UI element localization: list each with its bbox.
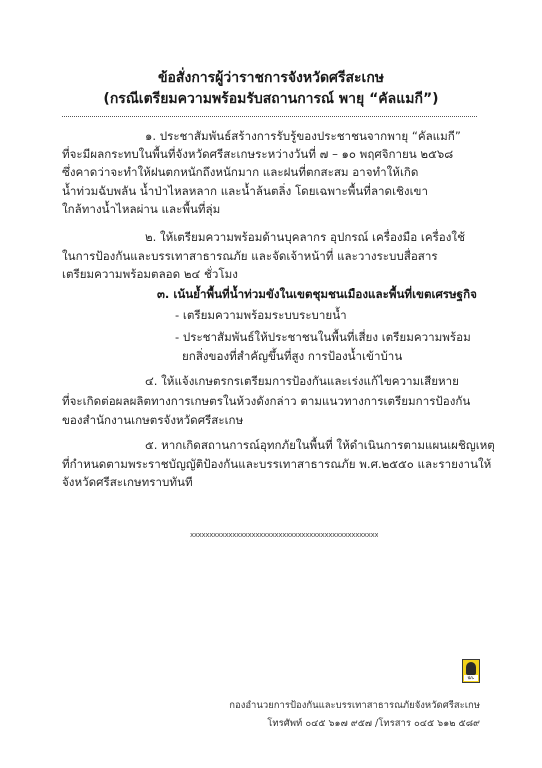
hand-emblem-icon <box>466 662 476 675</box>
paragraph-4-line-3: ของสำนักงานเกษตรจังหวัดศรีสะเกษ <box>62 412 243 428</box>
document-title: ข้อสั่งการผู้ว่าราชการจังหวัดศรีสะเกษ <box>0 67 542 89</box>
paragraph-3-bullet-2: - ประชาสัมพันธ์ให้ประชาชนในพื้นที่เสี่ยง… <box>175 329 471 345</box>
dotted-divider <box>62 116 477 117</box>
paragraph-4-line-2: ที่จะเกิดต่อผลผลิตทางการเกษตรในห้วงดังกล… <box>62 393 470 409</box>
logo-label: ปภ. <box>464 675 478 681</box>
disaster-prevention-logo: ปภ. <box>462 659 480 683</box>
paragraph-2-line-3: เตรียมความพร้อมตลอด ๒๔ ชั่วโมง <box>62 266 238 282</box>
document-subtitle: (กรณีเตรียมความพร้อมรับสถานการณ์ พายุ “ค… <box>0 88 542 110</box>
paragraph-3-bullet-2-cont: ยกสิ่งของที่สำคัญขึ้นที่สูง การป้องน้ำเข… <box>182 348 402 364</box>
document-page: ข้อสั่งการผู้ว่าราชการจังหวัดศรีสะเกษ (ก… <box>0 0 542 768</box>
paragraph-1-line-2: ที่จะมีผลกระทบในพื้นที่จังหวัดศรีสะเกษระ… <box>62 146 453 162</box>
paragraph-5-line-3: จังหวัดศรีสะเกษทราบทันที <box>62 474 193 490</box>
paragraph-1-line-1: ๑. ประชาสัมพันธ์สร้างการรับรู้ของประชาชน… <box>145 128 461 144</box>
paragraph-5-line-1: ๕. หากเกิดสถานการณ์อุทกภัยในพื้นที่ ให้ด… <box>145 437 495 453</box>
paragraph-5-line-2: ที่กำหนดตามพระราชบัญญัติป้องกันและบรรเทา… <box>62 456 491 472</box>
paragraph-1-line-5: ใกล้ทางน้ำไหลผ่าน และพื้นที่ลุ่ม <box>62 201 220 217</box>
star-separator: xxxxxxxxxxxxxxxxxxxxxxxxxxxxxxxxxxxxxxxx… <box>190 531 378 539</box>
paragraph-2-line-1: ๒. ให้เตรียมความพร้อมด้านบุคลากร อุปกรณ์… <box>145 229 465 245</box>
paragraph-3-bullet-1: - เตรียมความพร้อมระบบระบายน้ำ <box>175 307 347 323</box>
paragraph-3-heading: ๓. เน้นย้ำพื้นที่น้ำท่วมขังในเขตชุมชนเมื… <box>157 286 477 302</box>
footer-contact: โทรศัพท์ ๐๔๕ ๖๑๗ ๙๕๗ /โทรสาร ๐๔๕ ๖๑๒ ๕๘๙ <box>267 716 480 731</box>
paragraph-1-line-3: ซึ่งคาดว่าจะทำให้ฝนตกหนักถึงหนักมาก และฝ… <box>62 164 418 180</box>
paragraph-4-line-1: ๔. ให้แจ้งเกษตรกรเตรียมการป้องกันและเร่ง… <box>145 373 459 389</box>
footer-office: กองอำนวยการป้องกันและบรรเทาสาธารณภัยจังห… <box>229 698 480 713</box>
paragraph-1-line-4: น้ำท่วมฉับพลัน น้ำป่าไหลหลาก และน้ำล้นตล… <box>62 183 428 199</box>
paragraph-2-line-2: ในการป้องกันและบรรเทาสาธารณภัย และจัดเจ้… <box>62 248 438 264</box>
